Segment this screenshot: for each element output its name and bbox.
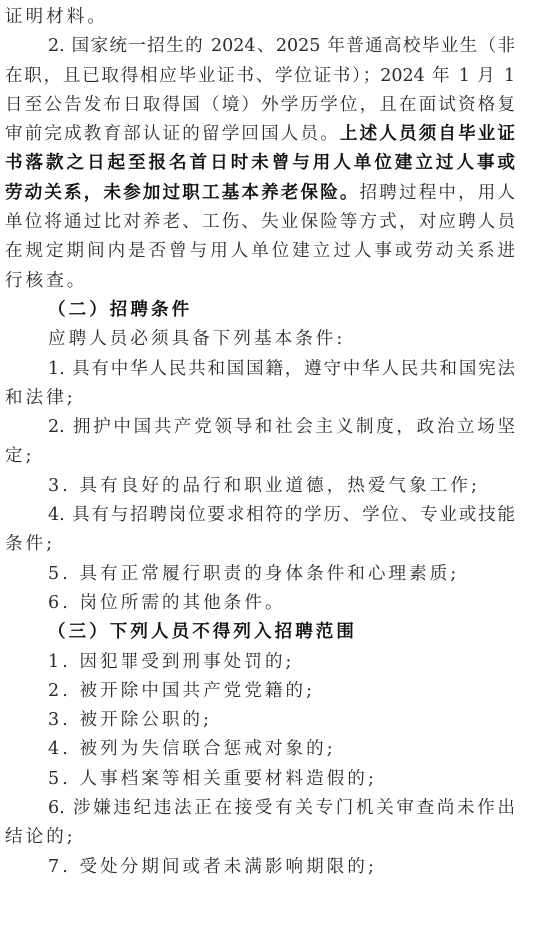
section-exclusions: （三）下列人员不得列入招聘范围 1. 因犯罪受到刑事处罚的; 2. 被开除中国共…	[5, 618, 515, 882]
text-line: 2. 国家统一招生的 2024、2025 年普通高校毕业生（非	[5, 32, 515, 61]
text-line-mixed: 审前完成教育部认证的留学回国人员。上述人员须自毕业证	[5, 120, 515, 149]
text-line: 1. 具有中华人民共和国国籍，遵守中华人民共和国宪法	[5, 355, 515, 384]
text-line: 6. 涉嫌违纪违法正在接受有关专门机关审查尚未作出	[5, 794, 515, 823]
text-line: 3. 被开除公职的;	[5, 706, 515, 735]
normal-text: 审前完成教育部认证的留学回国人员。	[5, 124, 340, 144]
text-line: 6. 岗位所需的其他条件。	[5, 589, 515, 618]
bold-text: 劳动关系，未参加过职工基本养老保险。	[5, 183, 360, 203]
condition-item-1: 1. 具有中华人民共和国国籍，遵守中华人民共和国宪法 和法律;	[5, 355, 515, 414]
exclusion-item-5: 5. 人事档案等相关重要材料造假的;	[5, 765, 515, 794]
paragraph-item-2: 2. 国家统一招生的 2024、2025 年普通高校毕业生（非 在职，且已取得相…	[5, 32, 515, 296]
bold-text-line: 书落款之日起至报名首日时未曾与用人单位建立过人事或	[5, 149, 515, 178]
condition-item-2: 2. 拥护中国共产党领导和社会主义制度，政治立场坚 定;	[5, 413, 515, 472]
text-line: 在职，且已取得相应毕业证书、学位证书）；2024 年 1 月 1	[5, 62, 515, 91]
section-heading: （二）招聘条件	[5, 296, 515, 325]
text-line: 2. 拥护中国共产党领导和社会主义制度，政治立场坚	[5, 413, 515, 442]
text-line: 定;	[5, 442, 515, 471]
text-line: 在规定期间内是否曾与用人单位建立过人事或劳动关系进	[5, 237, 515, 266]
text-line: 单位将通过比对养老、工伤、失业保险等方式，对应聘人员	[5, 208, 515, 237]
condition-item-3: 3. 具有良好的品行和职业道德，热爱气象工作;	[5, 472, 515, 501]
exclusion-item-6: 6. 涉嫌违纪违法正在接受有关专门机关审查尚未作出 结论的;	[5, 794, 515, 853]
text-line: 行核查。	[5, 267, 515, 296]
condition-item-4: 4. 具有与招聘岗位要求相符的学历、学位、专业或技能 条件;	[5, 501, 515, 560]
text-line-mixed: 劳动关系，未参加过职工基本养老保险。招聘过程中，用人	[5, 179, 515, 208]
text-line: 5. 人事档案等相关重要材料造假的;	[5, 765, 515, 794]
section-heading: （三）下列人员不得列入招聘范围	[5, 618, 515, 647]
text-line: 条件;	[5, 530, 515, 559]
text-line: 1. 因犯罪受到刑事处罚的;	[5, 648, 515, 677]
exclusion-item-4: 4. 被列为失信联合惩戒对象的;	[5, 735, 515, 764]
paragraph-continuation: 证明材料。	[5, 3, 515, 32]
document-page: 证明材料。 2. 国家统一招生的 2024、2025 年普通高校毕业生（非 在职…	[5, 3, 515, 882]
exclusion-item-3: 3. 被开除公职的;	[5, 706, 515, 735]
text-line: 4. 被列为失信联合惩戒对象的;	[5, 735, 515, 764]
bold-text: 上述人员须自毕业证	[340, 124, 515, 144]
text-line: 7. 受处分期间或者未满影响期限的;	[5, 853, 515, 882]
condition-item-6: 6. 岗位所需的其他条件。	[5, 589, 515, 618]
exclusion-item-2: 2. 被开除中国共产党党籍的;	[5, 677, 515, 706]
text-line: 日至公告发布日取得国（境）外学历学位，且在面试资格复	[5, 91, 515, 120]
text-line: 2. 被开除中国共产党党籍的;	[5, 677, 515, 706]
text-line: 结论的;	[5, 823, 515, 852]
text-line: 5. 具有正常履行职责的身体条件和心理素质;	[5, 560, 515, 589]
exclusion-item-7: 7. 受处分期间或者未满影响期限的;	[5, 853, 515, 882]
condition-item-5: 5. 具有正常履行职责的身体条件和心理素质;	[5, 560, 515, 589]
exclusion-item-1: 1. 因犯罪受到刑事处罚的;	[5, 648, 515, 677]
text-line: 3. 具有良好的品行和职业道德，热爱气象工作;	[5, 472, 515, 501]
normal-text: 招聘过程中，用人	[360, 183, 515, 203]
text-line: 和法律;	[5, 384, 515, 413]
section-intro: 应聘人员必须具备下列基本条件:	[5, 325, 515, 354]
section-recruitment-conditions: （二）招聘条件 应聘人员必须具备下列基本条件: 1. 具有中华人民共和国国籍，遵…	[5, 296, 515, 618]
text-line: 4. 具有与招聘岗位要求相符的学历、学位、专业或技能	[5, 501, 515, 530]
